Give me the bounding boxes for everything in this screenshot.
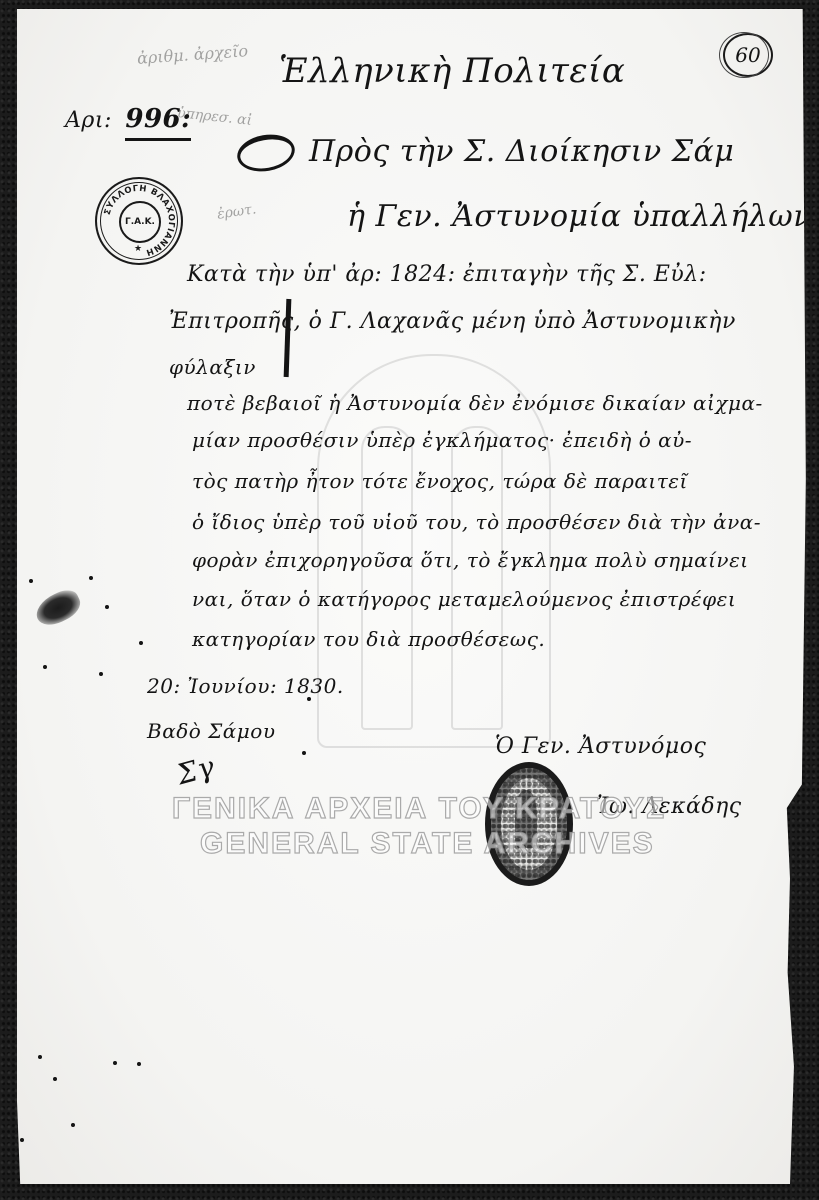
ink-speck <box>137 1062 141 1066</box>
body-line: φύλαξιν <box>169 357 256 377</box>
ink-speck <box>139 641 143 645</box>
body-line: φορὰν ἐπιχορηγοῦσα ὅτι, τὸ ἔγκλημα πολὺ … <box>192 550 749 570</box>
manuscript-page: ἀριθμ. ἀρχεῖο ὑπηρεσ. αἰ ἐρωτ. Αρι: 996:… <box>17 9 809 1184</box>
register-prefix: Αρι: <box>65 108 112 133</box>
watermark-greek: ΓΕΝΙΚΑ ΑΡΧΕΙΑ ΤΟΥ ΚΡΑΤΟΥΣ <box>172 792 666 826</box>
body-line: ὁ ἴδιος ὑπὲρ τοῦ υἱοῦ του, τὸ προσθέσεν … <box>192 512 761 532</box>
ink-speck <box>29 579 33 583</box>
addressee-text: Πρὸς τὴν Σ. Διοίκησιν Σάμ <box>309 134 734 169</box>
body-line: μίαν προσθέσιν ὑπὲρ ἐγκλήματος· ἐπειδὴ ὁ… <box>192 430 692 450</box>
place-initials: Σγ <box>173 750 218 792</box>
ink-speck <box>89 576 93 580</box>
sender-line: ἡ Γεν. Ἀστυνομία ὑπαλλήλων <box>347 199 812 234</box>
body-line: κατηγορίαν του διὰ προσθέσεως. <box>192 629 545 649</box>
document-date: 20: Ἰουνίου: 1830. <box>147 674 344 698</box>
folio-number: 60 <box>723 33 773 77</box>
ink-speck <box>99 672 103 676</box>
flourish-icon <box>234 130 297 176</box>
body-line: τὸς πατὴρ ἦτον τότε ἔνοχος, τώρα δὲ παρα… <box>192 471 688 491</box>
ink-speck <box>113 1061 117 1065</box>
watermark-english: GENERAL STATE ARCHIVES <box>200 827 655 861</box>
star-icon: ★ <box>134 244 142 254</box>
ink-speck <box>302 751 306 755</box>
body-line: ποτὲ βεβαιοῖ ἡ Ἀστυνομία δὲν ἐνόμισε δικ… <box>187 393 763 413</box>
register-number: Αρι: 996: <box>65 104 191 134</box>
document-title: Ἑλληνικὴ Πολιτεία <box>279 51 625 91</box>
ink-speck <box>71 1123 75 1127</box>
body-line: Ἐπιτροπῆς, ὁ Γ. Λαχανᾶς μένη ὑπὸ Ἀστυνομ… <box>169 311 736 333</box>
ink-speck <box>307 697 311 701</box>
bleed-through-text: ἀριθμ. ἀρχεῖο <box>136 41 248 68</box>
ink-speck <box>105 605 109 609</box>
bleed-through-text: ἐρωτ. <box>216 201 257 222</box>
signatory-title: Ὁ Γεν. Ἀστυνόμος <box>495 734 706 759</box>
document-place: Βαδὸ Σάμου <box>147 719 276 743</box>
collection-stamp: ΣΥΛΛΟΓΗ ΒΛΑΧΟΓΙΑΝΝΗ Γ.Α.Κ. ★ <box>95 177 183 265</box>
body-line: Κατὰ τὴν ὑπ' ἀρ: 1824: ἐπιταγὴν τῆς Σ. Ε… <box>187 264 707 286</box>
addressee-line: Πρὸς τὴν Σ. Διοίκησιν Σάμ <box>237 134 734 171</box>
ink-speck <box>53 1077 57 1081</box>
ink-speck <box>38 1055 42 1059</box>
ink-speck <box>43 665 47 669</box>
stamp-center-text: Γ.Α.Κ. <box>119 201 161 243</box>
register-value: 996: <box>125 104 191 141</box>
ink-speck <box>20 1138 24 1142</box>
ink-blot <box>31 586 85 631</box>
body-line: ναι, ὅταν ὁ κατήγορος μεταμελούμενος ἐπι… <box>192 589 736 609</box>
